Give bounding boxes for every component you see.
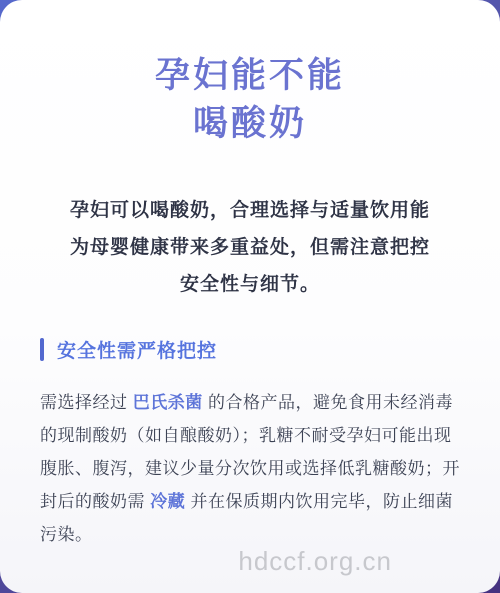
summary-line: 孕妇可以喝酸奶，合理选择与适量饮用能: [40, 192, 460, 229]
page-background: 孕妇能不能 喝酸奶 孕妇可以喝酸奶，合理选择与适量饮用能 为母婴健康带来多重益处…: [0, 0, 500, 593]
body-highlight-keyword: 巴氏杀菌: [133, 393, 203, 412]
summary-line: 安全性与细节。: [40, 266, 460, 303]
page-title-line-1: 孕妇能不能: [40, 52, 460, 100]
section-title: 安全性需严格把控: [57, 336, 217, 363]
summary-paragraph: 孕妇可以喝酸奶，合理选择与适量饮用能 为母婴健康带来多重益处，但需注意把控 安全…: [40, 192, 460, 303]
body-text-segment: 需选择经过: [40, 393, 133, 412]
page-title: 孕妇能不能 喝酸奶: [40, 52, 460, 148]
watermark-url: hdccf.org.cn: [238, 546, 392, 577]
page-title-line-2: 喝酸奶: [40, 100, 460, 148]
section-accent-bar: [40, 338, 44, 361]
body-paragraph: 需选择经过 巴氏杀菌 的合格产品，避免食用未经消毒的现制酸奶（如自酿酸奶）；乳糖…: [40, 386, 460, 551]
body-highlight-keyword: 冷藏: [150, 492, 185, 511]
summary-line: 为母婴健康带来多重益处，但需注意把控: [40, 229, 460, 266]
section-header: 安全性需严格把控: [40, 336, 460, 363]
content-card: 孕妇能不能 喝酸奶 孕妇可以喝酸奶，合理选择与适量饮用能 为母婴健康带来多重益处…: [0, 0, 500, 593]
